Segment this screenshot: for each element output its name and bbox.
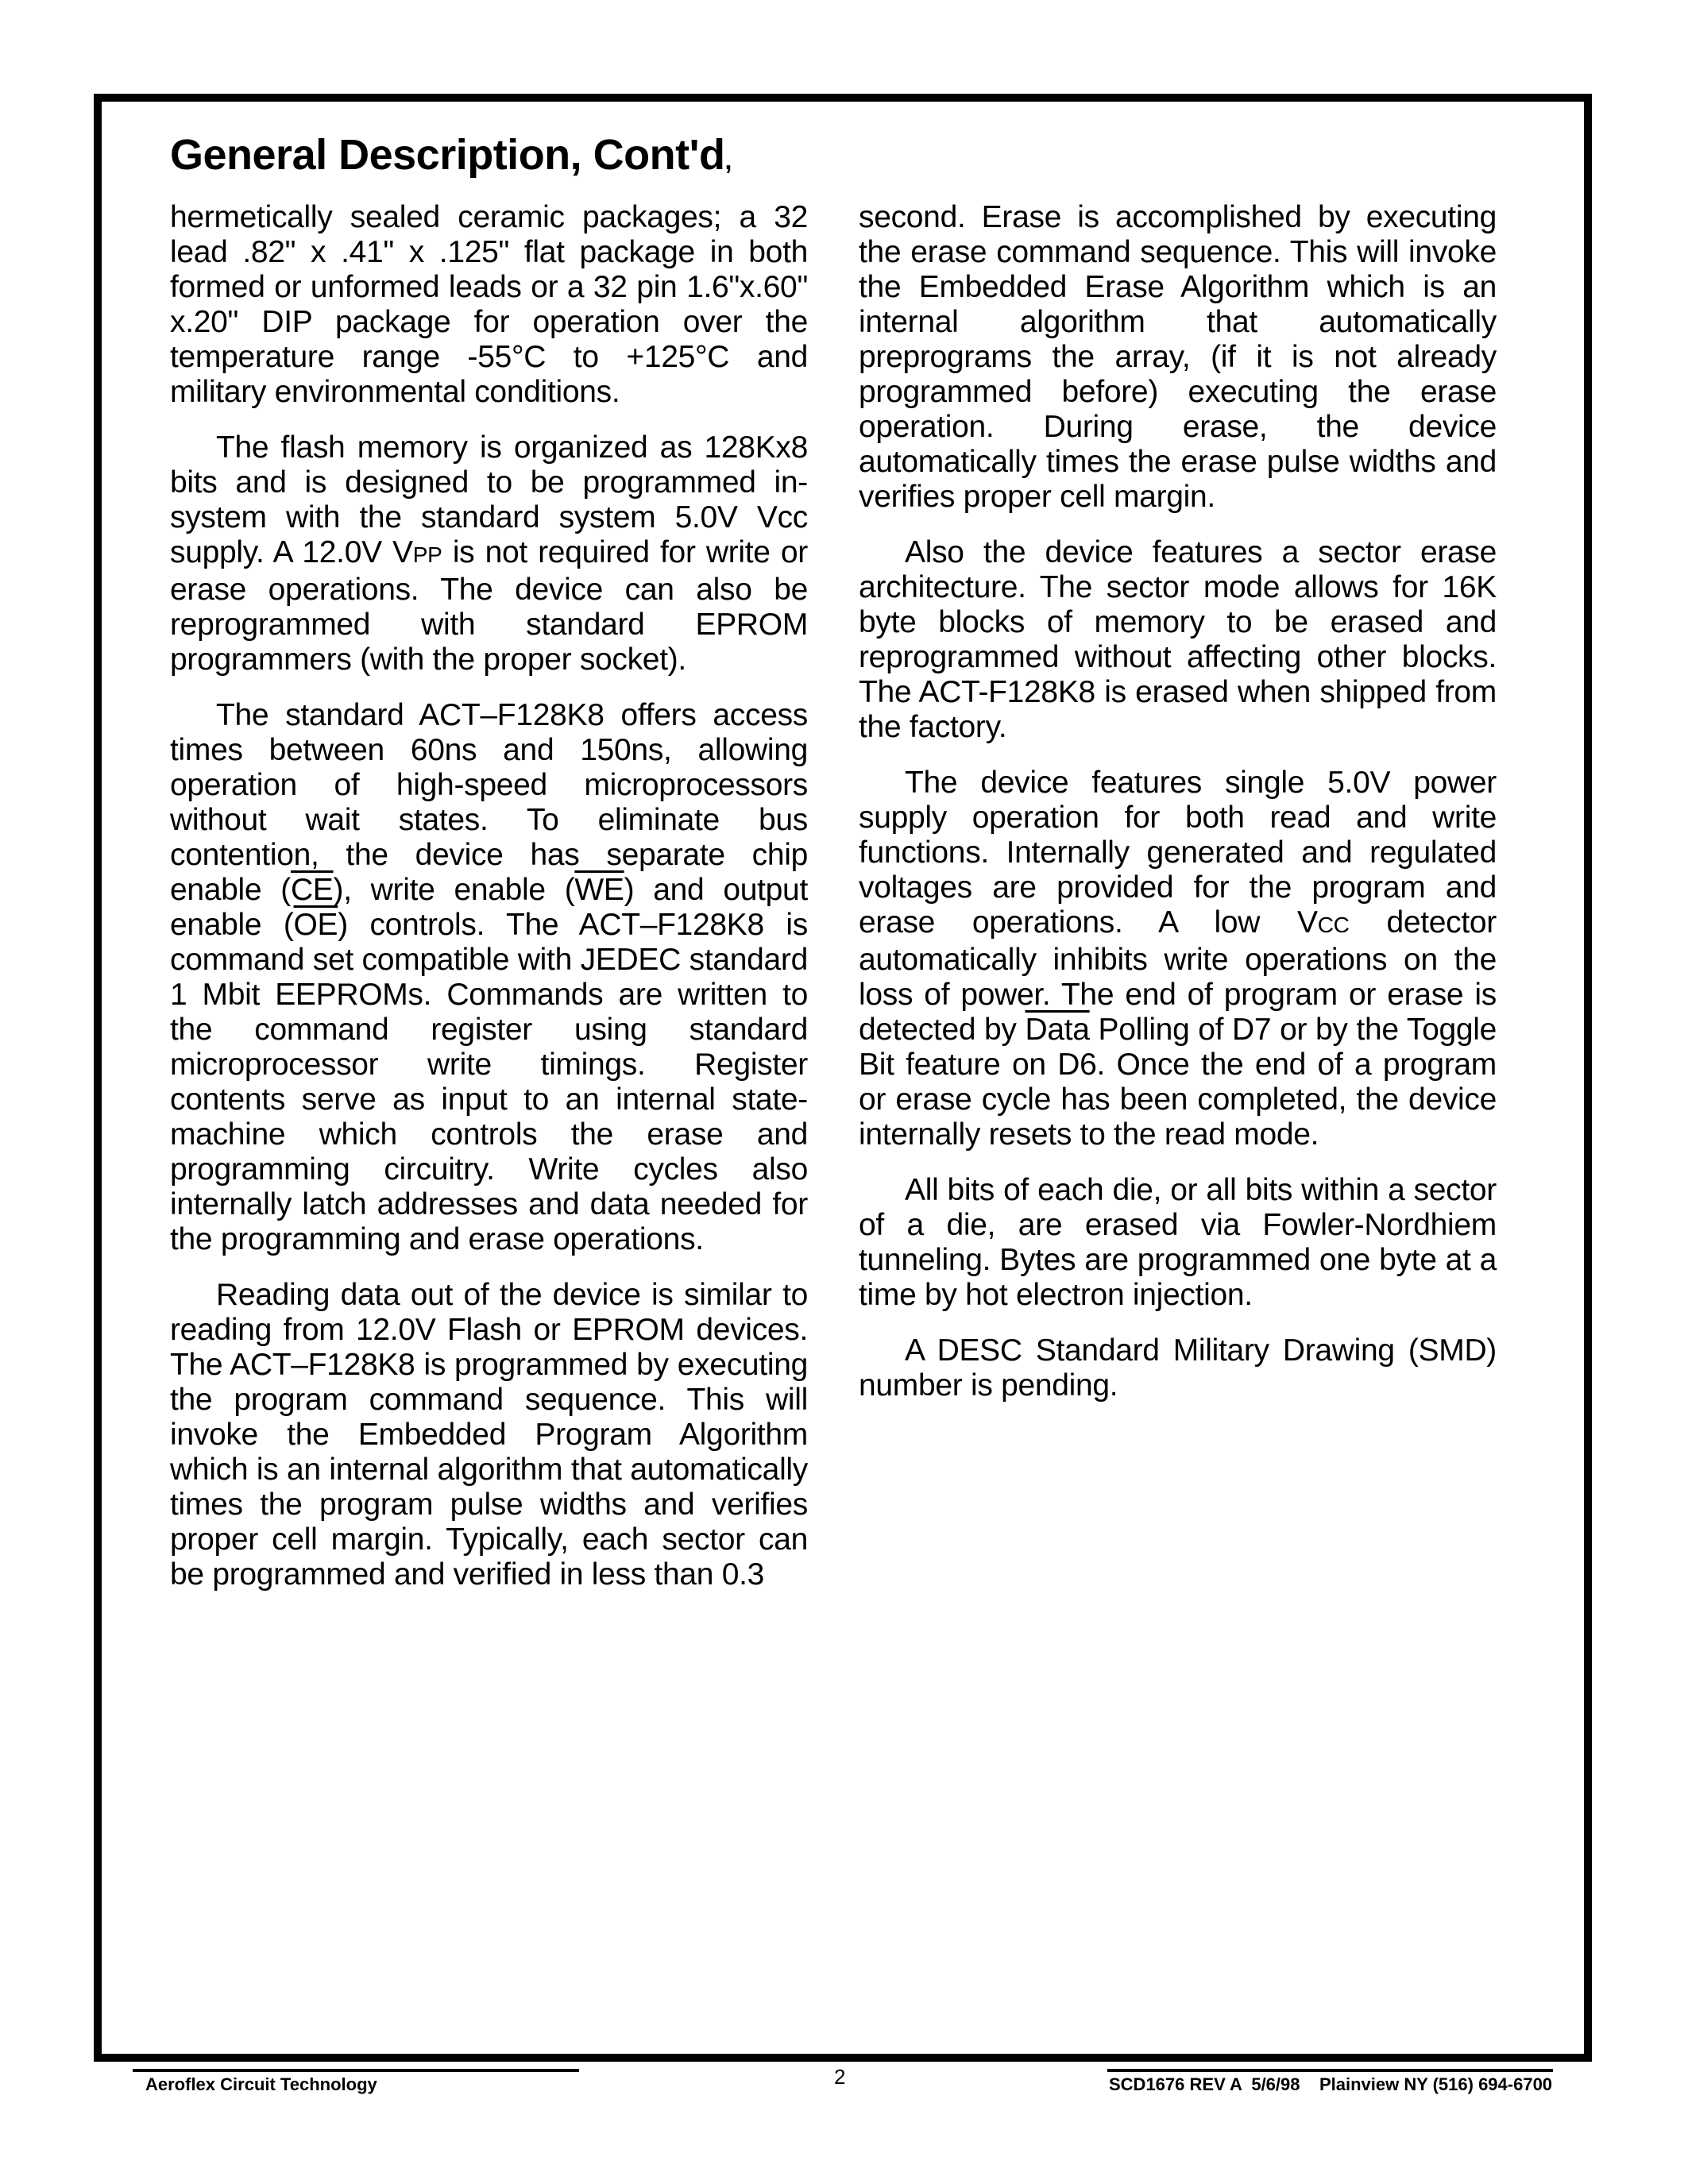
footer-company-name: Aeroflex Circuit Technology [145,2074,377,2095]
overlined-signal-name: CE [291,873,334,907]
paragraph: The flash memory is organized as 128Kx8 … [170,430,808,677]
page-border: General Description, Cont'd, hermeticall… [94,94,1592,2062]
datasheet-page: { "document": { "title": "General Descri… [0,0,1688,2184]
paragraph: The standard ACT–F128K8 offers access ti… [170,698,808,1257]
paragraph: second. Erase is accomplished by executi… [859,200,1497,515]
text-run: second. Erase is accomplished by executi… [859,200,1497,514]
text-run: All bits of each die, or all bits within… [859,1173,1497,1312]
subscript-text: PP [413,542,442,567]
text-run: Also the device features a sector erase … [859,535,1497,744]
text-run: hermetically sealed ceramic packages; a … [170,200,808,409]
text-run: A DESC Standard Military Drawing (SMD) n… [859,1333,1497,1403]
footer-page-number: 2 [834,2065,845,2089]
footer-rule-right [1107,2069,1553,2072]
paragraph: hermetically sealed ceramic packages; a … [170,200,808,410]
left-column: hermetically sealed ceramic packages; a … [170,200,808,1613]
two-column-body: hermetically sealed ceramic packages; a … [170,200,1497,1613]
page-title-trailing-comma: , [724,146,732,175]
paragraph: The device features single 5.0V power su… [859,766,1497,1152]
paragraph: All bits of each die, or all bits within… [859,1173,1497,1313]
text-run: ) controls. The ACT–F128K8 is command se… [170,908,808,1256]
paragraph: A DESC Standard Military Drawing (SMD) n… [859,1333,1497,1403]
text-run: Reading data out of the device is simila… [170,1278,808,1592]
footer-doc-info: SCD1676 REV A 5/6/98 Plainview NY (516) … [1109,2074,1552,2095]
overlined-signal-name: OE [294,908,338,942]
overlined-signal-name: WE [574,873,624,907]
paragraph: Also the device features a sector erase … [859,535,1497,745]
footer-rule-left [133,2069,579,2072]
paragraph: Reading data out of the device is simila… [170,1278,808,1592]
right-column: second. Erase is accomplished by executi… [859,200,1497,1613]
overlined-signal-name: Data [1025,1013,1089,1047]
page-title-row: General Description, Cont'd, [170,130,1584,179]
text-run: ), write enable ( [334,873,575,907]
subscript-text: CC [1318,913,1350,937]
page-title: General Description, Cont'd [170,131,724,179]
